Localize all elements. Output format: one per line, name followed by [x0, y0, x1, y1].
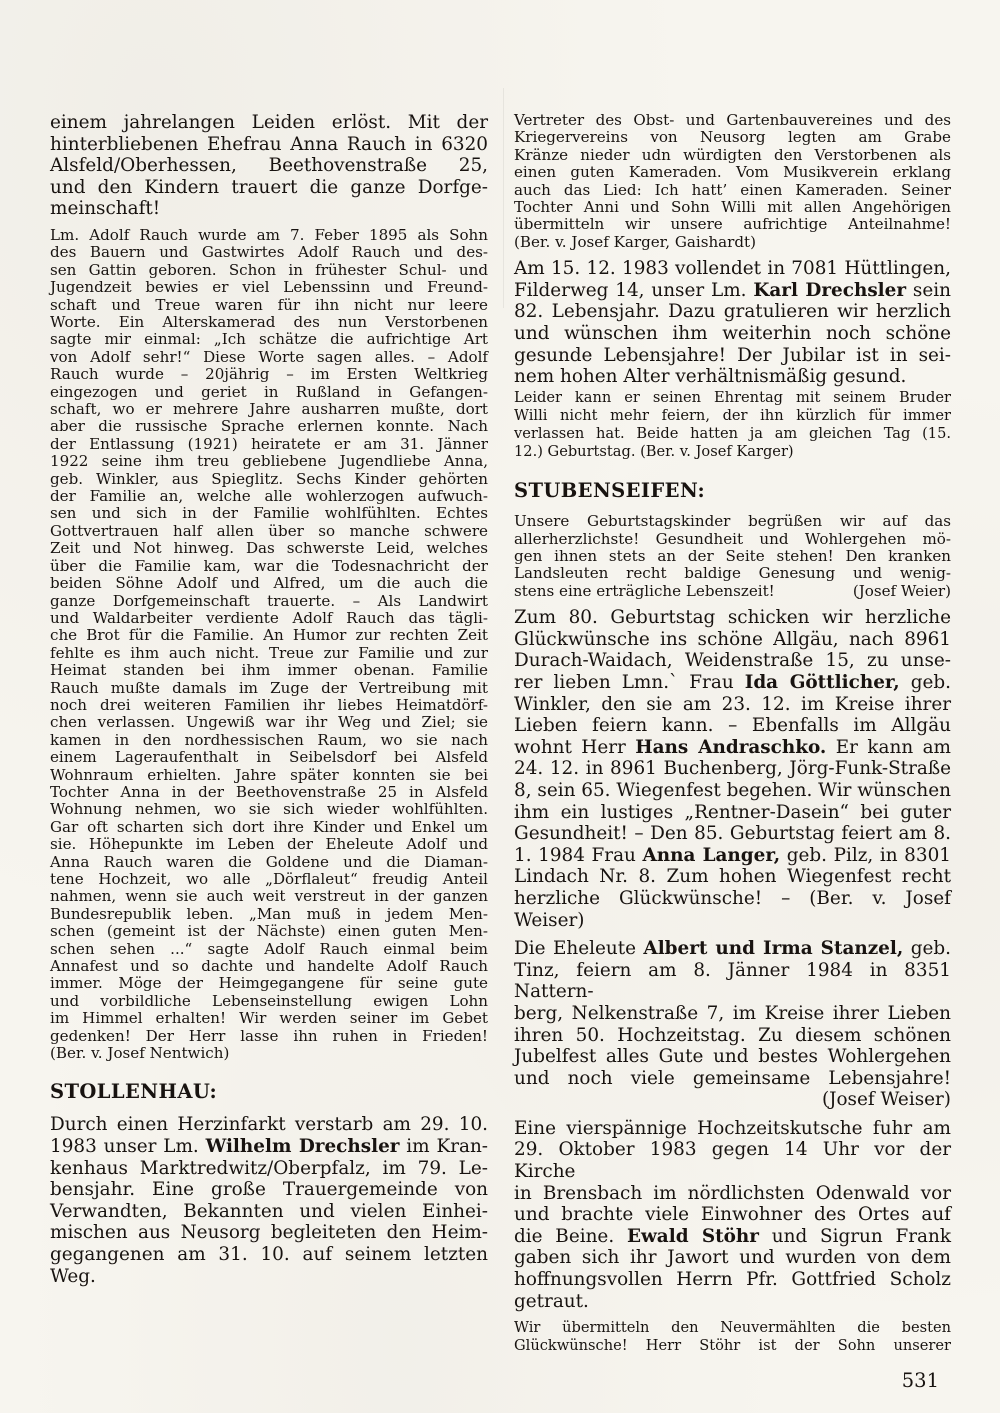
bold-name: Karl Drechsler — [753, 280, 906, 301]
text-line: über die Familie kam, war die Todesnachr… — [50, 558, 488, 575]
reporter-credit: (Josef Weiser) — [822, 1089, 951, 1111]
text-line: Lm. Adolf Rauch wurde am 7. Feber 1895 a… — [50, 227, 488, 244]
text-line: Tinz, feiern am 8. Jänner 1984 in 8351 N… — [514, 960, 951, 1003]
text-line: Worte. Ein Alterskamerad des nun Verstor… — [50, 314, 488, 331]
text-line: rer lieben Lmn.` Frau Ida Göttlicher, ge… — [514, 672, 951, 694]
text-line: Filderweg 14, unser Lm. Karl Drechsler s… — [514, 280, 951, 302]
bold-name: Hans Andraschko. — [635, 737, 826, 758]
text-line: stens eine erträgliche Lebenszeit!(Josef… — [514, 583, 951, 600]
text-line: ihm ein lustiges „Rentner-Dasein“ bei gu… — [514, 802, 951, 824]
text-line: die Beine. Ewald Stöhr und Sigrun Frank — [514, 1226, 951, 1248]
document-page: einem jahrelangen Leiden erlöst. Mit der… — [0, 0, 1000, 1413]
text-line: sen Gattin geboren. Schon in frühester S… — [50, 262, 488, 279]
line-left-text: stens eine erträgliche Lebenszeit! — [514, 583, 775, 600]
text-line: Kriegervereins von Neusorg legten am Gra… — [514, 129, 951, 146]
text-line: Eine vierspännige Hochzeitskutsche fuhr … — [514, 1118, 951, 1140]
paragraph: Leider kann er seinen Ehrentag mit seine… — [514, 389, 951, 461]
paragraph: Eine vierspännige Hochzeitskutsche fuhr … — [514, 1118, 951, 1312]
text-line: eingezogen und geriet in Rußland in Gefa… — [50, 384, 488, 401]
text-line: Leider kann er seinen Ehrentag mit seine… — [514, 389, 951, 407]
text-line: verlassen hat. Beide hatten ja am gleich… — [514, 425, 951, 443]
text-line: kenhaus Marktredwitz/Oberpfalz, im 79. L… — [50, 1158, 488, 1180]
paragraph: Vertreter des Obst- und Gartenbauvereine… — [514, 112, 951, 251]
text-line: Rauch wurde – 20jährig – im Ersten Weltk… — [50, 366, 488, 383]
text-line: 1983 unser Lm. Wilhelm Drechsler im Kran… — [50, 1136, 488, 1158]
text-line: der Familie an, welche alle wohlerzogen … — [50, 488, 488, 505]
paragraph: Durch einen Herzinfarkt verstarb am 29. … — [50, 1114, 488, 1287]
text-line: getraut. — [514, 1291, 951, 1313]
text-line: Winkler, den sie am 23. 12. im Kreise ih… — [514, 694, 951, 716]
text-line: berg, Nelkenstraße 7, im Kreise ihrer Li… — [514, 1003, 951, 1025]
text-line: schaft und Treue waren für ihn nicht nur… — [50, 297, 488, 314]
text-line: Zeit und Not hinweg. Das schwerste Leid,… — [50, 540, 488, 557]
text-line: auch das Lied: Ich hatt’ einen Kameraden… — [514, 182, 951, 199]
text-line: gedenken! Der Herr lasse ihn ruhen in Fr… — [50, 1028, 488, 1045]
text-line: einen guten Kameraden. Vom Musikverein e… — [514, 164, 951, 181]
text-line: Durach-Waidach, Weidenstraße 15, zu unse… — [514, 650, 951, 672]
text-line: noch drei weiteren Familien ihr liebes H… — [50, 697, 488, 714]
text-line: Glückwünsche ins schöne Allgäu, nach 896… — [514, 629, 951, 651]
bold-name: Albert und Irma Stanzel, — [643, 938, 903, 959]
text-line: ihren 50. Hochzeitstag. Zu diesem schöne… — [514, 1025, 951, 1047]
text-line: gesunde Lebensjahre! Der Jubilar ist in … — [514, 345, 951, 367]
text-line: Kränze nieder udn würdigten den Verstorb… — [514, 147, 951, 164]
paragraph: Unsere Geburtstagskinder begrüßen wir au… — [514, 513, 951, 600]
text-line: nahmen, wenn sie auch weit verstreut in … — [50, 888, 488, 905]
text-line: Die Eheleute Albert und Irma Stanzel, ge… — [514, 938, 951, 960]
text-line: 12.) Geburtstag. (Ber. v. Josef Karger) — [514, 443, 951, 461]
text-line: Tochter Anna in der Beethovenstraße 25 i… — [50, 784, 488, 801]
text-line: Tochter Anni und Sohn Willi mit allen An… — [514, 199, 951, 216]
text-line: (Ber. v. Josef Nentwich) — [50, 1045, 488, 1062]
text-line: Heimat standen bei ihm immer obenan. Fam… — [50, 662, 488, 679]
text-line: Verwandten, Bekannten und vielen Einhei- — [50, 1201, 488, 1223]
text-line: und wünschen ihm weiterhin noch schöne — [514, 323, 951, 345]
text-line: nem hohen Alter verhältnismäßig gesund. — [514, 366, 951, 388]
text-line: Zum 80. Geburtstag schicken wir herzlich… — [514, 607, 951, 629]
text-line: Lindach Nr. 8. Zum hohen Wiegenfest rech… — [514, 866, 951, 888]
text-line: des Bauern und Gastwirtes Adolf Rauch un… — [50, 244, 488, 261]
text-line: wohnt Herr Hans Andraschko. Er kann am — [514, 737, 951, 759]
text-line: 82. Lebensjahr. Dazu gratulieren wir her… — [514, 301, 951, 323]
reporter-credit: (Josef Weier) — [853, 583, 951, 600]
text-line: Anna Rauch waren die Goldene und die Dia… — [50, 854, 488, 871]
text-line: einem Lageraufenthalt in Seibelsdorf bei… — [50, 749, 488, 766]
text-line: geb. Winkler, aus Spieglitz. Sechs Kinde… — [50, 471, 488, 488]
text-line: Landsleuten recht baldige Genesung und w… — [514, 565, 951, 582]
text-line: schen (gemeint ist der Nächste) einen gu… — [50, 923, 488, 940]
section-heading: STUBENSEIFEN: — [514, 480, 951, 502]
text-line: in Brensbach im nördlichsten Odenwald vo… — [514, 1183, 951, 1205]
text-line: 1. 1984 Frau Anna Langer, geb. Pilz, in … — [514, 845, 951, 867]
paragraph: Zum 80. Geburtstag schicken wir herzlich… — [514, 607, 951, 931]
text-line: und vorbildliche Lebenseinstellung ewige… — [50, 993, 488, 1010]
text-line: sie. Höhepunkte im Leben der Eheleute Ad… — [50, 836, 488, 853]
text-line: immer. Möge der Heimgegangene für seine … — [50, 975, 488, 992]
text-line: meinschaft! — [50, 198, 488, 220]
text-line: aber die russische Sprache erlernen konn… — [50, 418, 488, 435]
text-line: sagte mir einmal: „Ich schätze die aufri… — [50, 331, 488, 348]
paragraph: Die Eheleute Albert und Irma Stanzel, ge… — [514, 938, 951, 1111]
section-heading: STOLLENHAU: — [50, 1081, 488, 1103]
text-line: und brachte viele Einwohner des Ortes au… — [514, 1204, 951, 1226]
page-number: 531 — [514, 1369, 951, 1392]
text-line: gen ihnen stets an der Seite stehen! Den… — [514, 548, 951, 565]
text-line: chen verlassen. Ungewiß war ihr Weg und … — [50, 714, 488, 731]
text-line: hoffnungsvollen Herrn Pfr. Gottfried Sch… — [514, 1269, 951, 1291]
text-column-right: Vertreter des Obst- und Gartenbauvereine… — [514, 112, 951, 1392]
text-line: Alsfeld/Oberhessen, Beethovenstraße 25, — [50, 155, 488, 177]
scan-crease-artifact — [503, 88, 504, 308]
text-line: kamen in den nordhessischen Raum, wo sie… — [50, 732, 488, 749]
text-line: 8, sein 65. Wiegenfest begehen. Wir wüns… — [514, 780, 951, 802]
bold-name: Ewald Stöhr — [627, 1226, 759, 1247]
text-line: Lieben feiern kann. – Ebenfalls im Allgä… — [514, 715, 951, 737]
text-line: und Waldarbeiter verdiente Adolf Rauch d… — [50, 610, 488, 627]
text-line: Bundesrepublik leben. „Man muß in jedem … — [50, 906, 488, 923]
text-line: Weiser) — [514, 910, 951, 932]
text-line: gegangenen am 31. 10. auf seinem letzten — [50, 1244, 488, 1266]
text-line: und den Kindern trauert die ganze Dorfge… — [50, 177, 488, 199]
text-line: sen und sich in der Familie wohlfühlten.… — [50, 505, 488, 522]
text-line: (Josef Weiser) — [514, 1089, 951, 1111]
text-line: Vertreter des Obst- und Gartenbauvereine… — [514, 112, 951, 129]
text-line: Unsere Geburtstagskinder begrüßen wir au… — [514, 513, 951, 530]
text-line: Durch einen Herzinfarkt verstarb am 29. … — [50, 1114, 488, 1136]
text-line: Wir übermitteln den Neuvermählten die be… — [514, 1319, 951, 1337]
text-line: mischen aus Neusorg begleiteten den Heim… — [50, 1222, 488, 1244]
text-line: schen sehen ...“ sagte Adolf Rauch einma… — [50, 941, 488, 958]
paragraph: Lm. Adolf Rauch wurde am 7. Feber 1895 a… — [50, 227, 488, 1063]
text-line: Gar oft scharten sich dort ihre Kinder u… — [50, 819, 488, 836]
text-line: 1922 seine ihm treu gebliebene Jugendlie… — [50, 453, 488, 470]
text-line: der Entlassung (1921) heiratete er am 31… — [50, 436, 488, 453]
paragraph: Am 15. 12. 1983 vollendet in 7081 Hüttli… — [514, 258, 951, 388]
text-line: herzliche Glückwünsche! – (Ber. v. Josef — [514, 888, 951, 910]
text-line: Wohnung nehmen, wo sie sich wieder wohlf… — [50, 801, 488, 818]
text-line: übermitteln wir unsere aufrichtige Antei… — [514, 216, 951, 233]
bold-name: Anna Langer, — [643, 845, 781, 866]
text-line: ganze Dorfgemeinschaft trauerte. – Als L… — [50, 593, 488, 610]
paragraph: Wir übermitteln den Neuvermählten die be… — [514, 1319, 951, 1355]
text-line: Gottvertrauen half allen über so manche … — [50, 523, 488, 540]
text-line: allerherzlichste! Gesundheit und Wohlerg… — [514, 531, 951, 548]
text-line: Jubelfest alles Gute und bestes Wohlerge… — [514, 1046, 951, 1068]
text-line: Jugendzeit bewies er viel Lebenssinn und… — [50, 279, 488, 296]
text-line: Am 15. 12. 1983 vollendet in 7081 Hüttli… — [514, 258, 951, 280]
text-line: von Adolf sehr!“ Diese Worte sagen alles… — [50, 349, 488, 366]
text-line: fehlte es ihm auch nicht. Treue zur Fami… — [50, 645, 488, 662]
text-line: tene Hochzeit, wo alle „Dörflaleut“ freu… — [50, 871, 488, 888]
text-line: 29. Oktober 1983 gegen 14 Uhr vor der Ki… — [514, 1139, 951, 1182]
text-line: Gesundheit! – Den 85. Geburtstag feiert … — [514, 823, 951, 845]
text-line: bensjahr. Eine große Trauergemeinde von — [50, 1179, 488, 1201]
text-line: Weg. — [50, 1266, 488, 1288]
text-line: Rauch mußte damals im Zuge der Vertreibu… — [50, 680, 488, 697]
text-line: im Himmel erhalten! Wir werden seiner im… — [50, 1010, 488, 1027]
bold-name: Wilhelm Drechsler — [206, 1136, 400, 1157]
text-line: 24. 12. in 8961 Buchenberg, Jörg-Funk-St… — [514, 758, 951, 780]
text-line: che Brot für die Familie. An Humor zur r… — [50, 627, 488, 644]
text-line: Glückwünsche! Herr Stöhr ist der Sohn un… — [514, 1337, 951, 1355]
text-line: gaben sich ihr Jawort und wurden von dem — [514, 1247, 951, 1269]
bold-name: Ida Göttlicher, — [745, 672, 900, 693]
text-line: Annafest und so dachte und handelte Adol… — [50, 958, 488, 975]
text-line: und noch viele gemeinsame Lebensjahre! — [514, 1068, 951, 1090]
text-line: einem jahrelangen Leiden erlöst. Mit der — [50, 112, 488, 134]
text-line: Wohnraum erhielten. Jahre später konnten… — [50, 767, 488, 784]
text-line: schaft, wo er mehrere Jahre ausharren mu… — [50, 401, 488, 418]
paragraph: einem jahrelangen Leiden erlöst. Mit der… — [50, 112, 488, 220]
text-line: hinterbliebenen Ehefrau Anna Rauch in 63… — [50, 134, 488, 156]
text-line: beiden Söhne Adolf und Alfred, um die au… — [50, 575, 488, 592]
text-column-left: einem jahrelangen Leiden erlöst. Mit der… — [50, 112, 488, 1287]
text-line: Willi nicht mehr feiern, der ihn kürzlic… — [514, 407, 951, 425]
text-line: (Ber. v. Josef Karger, Gaishardt) — [514, 234, 951, 251]
